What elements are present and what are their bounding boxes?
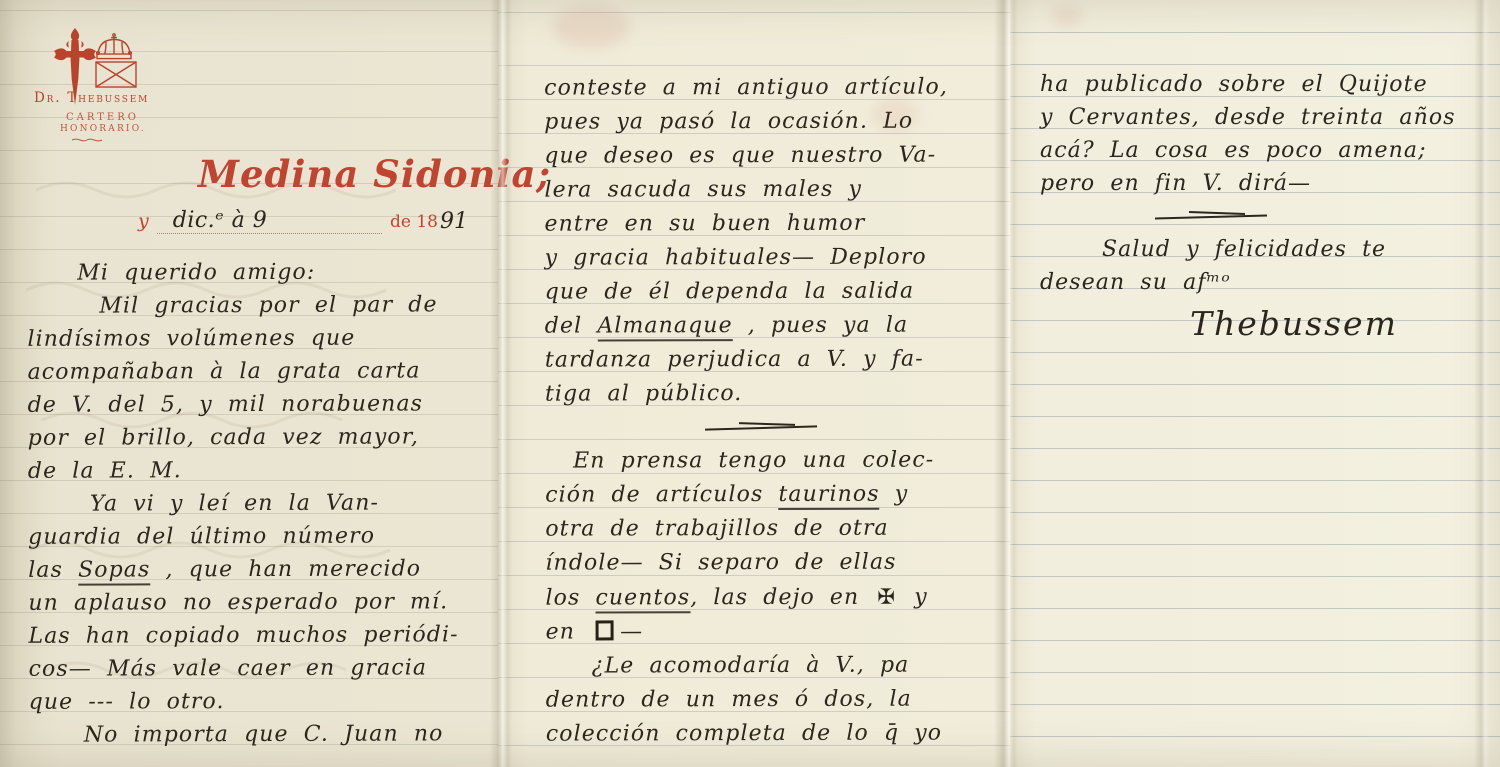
- letterhead-title-cartero: CARTERO: [66, 112, 139, 123]
- handwritten-line: que deseo es que nuestro Va-: [544, 138, 1002, 173]
- handwritten-line: y Cervantes, desde treinta años: [1040, 101, 1486, 134]
- handwritten-line: las Sopas , que han merecido: [28, 552, 494, 587]
- envelope-icon: [95, 61, 137, 88]
- handwritten-line: entre en su buen humor: [544, 206, 1002, 241]
- handwritten-line: y gracia habituales— Deploro: [545, 240, 1003, 275]
- printed-y: y: [138, 210, 149, 234]
- handwritten-line: un aplauso no esperado por mí.: [28, 585, 494, 620]
- handwritten-line: lera sacuda sus males y: [544, 172, 1002, 207]
- handwritten-line: acompañaban à la grata carta: [27, 354, 493, 389]
- handwritten-line: pero en fin V. dirá—: [1040, 167, 1486, 200]
- handwritten-line: conteste a mi antiguo artículo,: [544, 70, 1002, 105]
- handwritten-line: Ya vi y leí en la Van-: [28, 486, 494, 521]
- handwritten-line: en —: [546, 614, 1004, 649]
- handwritten-line: No importa que C. Juan no: [29, 717, 495, 752]
- handwritten-line: tardanza perjudica a V. y fa-: [545, 342, 1003, 377]
- handwritten-line: del Almanaque , pues ya la: [545, 308, 1003, 343]
- signature: Thebussem: [1040, 299, 1486, 340]
- handwritten-line: que de él dependa la salida: [545, 274, 1003, 309]
- handwritten-line: pues ya pasó la ocasión. Lo: [544, 104, 1002, 139]
- handwritten-line: que --- lo otro.: [29, 684, 495, 719]
- handwritten-line: los cuentos, las dejo en ✠ y: [545, 579, 1003, 615]
- flourish-icon: [70, 136, 104, 144]
- paragraph-divider-stroke: [705, 410, 1003, 444]
- handwritten-line: ¿Le acomodaría à V., pa: [546, 648, 1004, 683]
- handwritten-line: otra de trabajillos de otra: [545, 511, 1003, 546]
- handwritten-year: 91: [438, 209, 468, 234]
- handwritten-line: índole— Si separo de ellas: [545, 545, 1003, 580]
- handwritten-line: dentro de un mes ó dos, la: [546, 682, 1004, 717]
- handwritten-line: Las han copiado muchos periódi-: [28, 618, 494, 653]
- handwritten-line: colección completa de lo q̄ yo: [546, 716, 1004, 751]
- handwritten-line: cos— Más vale caer en gracia: [29, 651, 495, 686]
- handwritten-line: de V. del 5, y mil norabuenas: [28, 387, 494, 422]
- letterhead-name: Dr. Thebussem: [34, 90, 149, 106]
- handwritten-line: por el brillo, cada vez mayor,: [28, 420, 494, 455]
- letter-scan: Dr. Thebussem CARTERO HONORARIO. Medina …: [0, 0, 1500, 767]
- handwritten-date: dic.ᵉ à 9: [173, 208, 268, 233]
- handwritten-line: Mil gracias por el par de: [27, 288, 493, 323]
- handwritten-line: guardia del último número: [28, 519, 494, 554]
- handwritten-line: desean su afᵐᵒ: [1040, 266, 1486, 299]
- handwritten-line: Mi querido amigo:: [27, 255, 493, 290]
- letter-column-2: conteste a mi antiguo artículo,pues ya p…: [544, 70, 1004, 751]
- handwritten-line: ción de artículos taurinos y: [545, 477, 1003, 512]
- crown-icon: [93, 33, 135, 61]
- handwritten-line: lindísimos volúmenes que: [27, 321, 493, 356]
- handwritten-line: Salud y felicidades te: [1040, 233, 1486, 266]
- square-symbol: [596, 620, 614, 640]
- cross-potent-symbol: ✠: [877, 585, 896, 609]
- handwritten-line: de la E. M.: [28, 453, 494, 488]
- printed-de-18: de 18: [390, 212, 438, 234]
- letter-column-1: Mi querido amigo:Mil gracias por el par …: [27, 255, 495, 752]
- handwritten-line: acá? La cosa es poco amena;: [1040, 134, 1486, 167]
- handwritten-line: tiga al público.: [545, 376, 1003, 411]
- place-name-script: Medina Sidonia;: [198, 152, 551, 196]
- letterhead-title-honorario: HONORARIO.: [60, 124, 146, 134]
- paragraph-divider-stroke: [1155, 200, 1486, 233]
- date-dotted-rule: dic.ᵉ à 9: [157, 208, 382, 234]
- letter-column-3: ha publicado sobre el Quijotey Cervantes…: [1040, 68, 1486, 340]
- handwritten-line: En prensa tengo una colec-: [545, 443, 1003, 478]
- handwritten-line: ha publicado sobre el Quijote: [1040, 68, 1486, 101]
- date-line: y dic.ᵉ à 9 de 18 91: [138, 208, 468, 234]
